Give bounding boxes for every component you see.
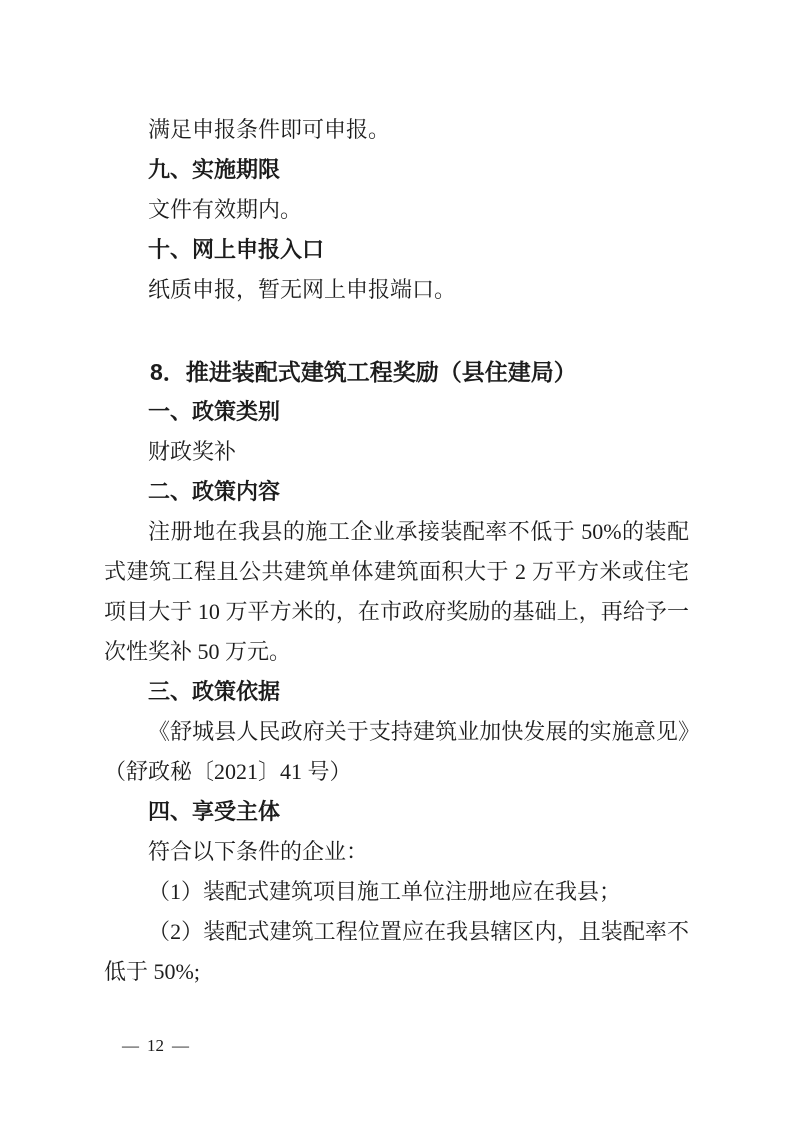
para-validity-period: 文件有效期内。 — [104, 190, 689, 230]
heading-policy-basis: 三、政策依据 — [104, 672, 689, 712]
heading-policy-category: 一、政策类别 — [104, 392, 689, 432]
heading-policy-content: 二、政策内容 — [104, 472, 689, 512]
para-condition-1: （1）装配式建筑项目施工单位注册地应在我县； — [104, 872, 689, 912]
footer-dash-left: — — [122, 1034, 139, 1058]
page-number-footer: — 12 — — [122, 1034, 189, 1058]
para-condition-2: （2）装配式建筑工程位置应在我县辖区内，且装配率不低于 50%; — [104, 912, 689, 992]
heading-online-application-entry: 十、网上申报入口 — [104, 230, 689, 270]
heading-implementation-period: 九、实施期限 — [104, 150, 689, 190]
heading-beneficiary: 四、享受主体 — [104, 792, 689, 832]
section-title-prefab-building-award: 8．推进装配式建筑工程奖励（县住建局） — [104, 352, 689, 392]
para-application-condition: 满足申报条件即可申报。 — [104, 110, 689, 150]
para-policy-content: 注册地在我县的施工企业承接装配率不低于 50%的装配式建筑工程且公共建筑单体建筑… — [104, 512, 689, 672]
page-number: 12 — [147, 1034, 164, 1058]
footer-dash-right: — — [172, 1034, 189, 1058]
para-policy-category-value: 财政奖补 — [104, 432, 689, 472]
document-body: 满足申报条件即可申报。 九、实施期限 文件有效期内。 十、网上申报入口 纸质申报… — [104, 110, 689, 992]
para-policy-basis: 《舒城县人民政府关于支持建筑业加快发展的实施意见》（舒政秘〔2021〕41 号） — [104, 712, 689, 792]
document-page: 满足申报条件即可申报。 九、实施期限 文件有效期内。 十、网上申报入口 纸质申报… — [0, 0, 793, 1122]
para-beneficiary-intro: 符合以下条件的企业： — [104, 832, 689, 872]
para-paper-application: 纸质申报，暂无网上申报端口。 — [104, 270, 689, 310]
